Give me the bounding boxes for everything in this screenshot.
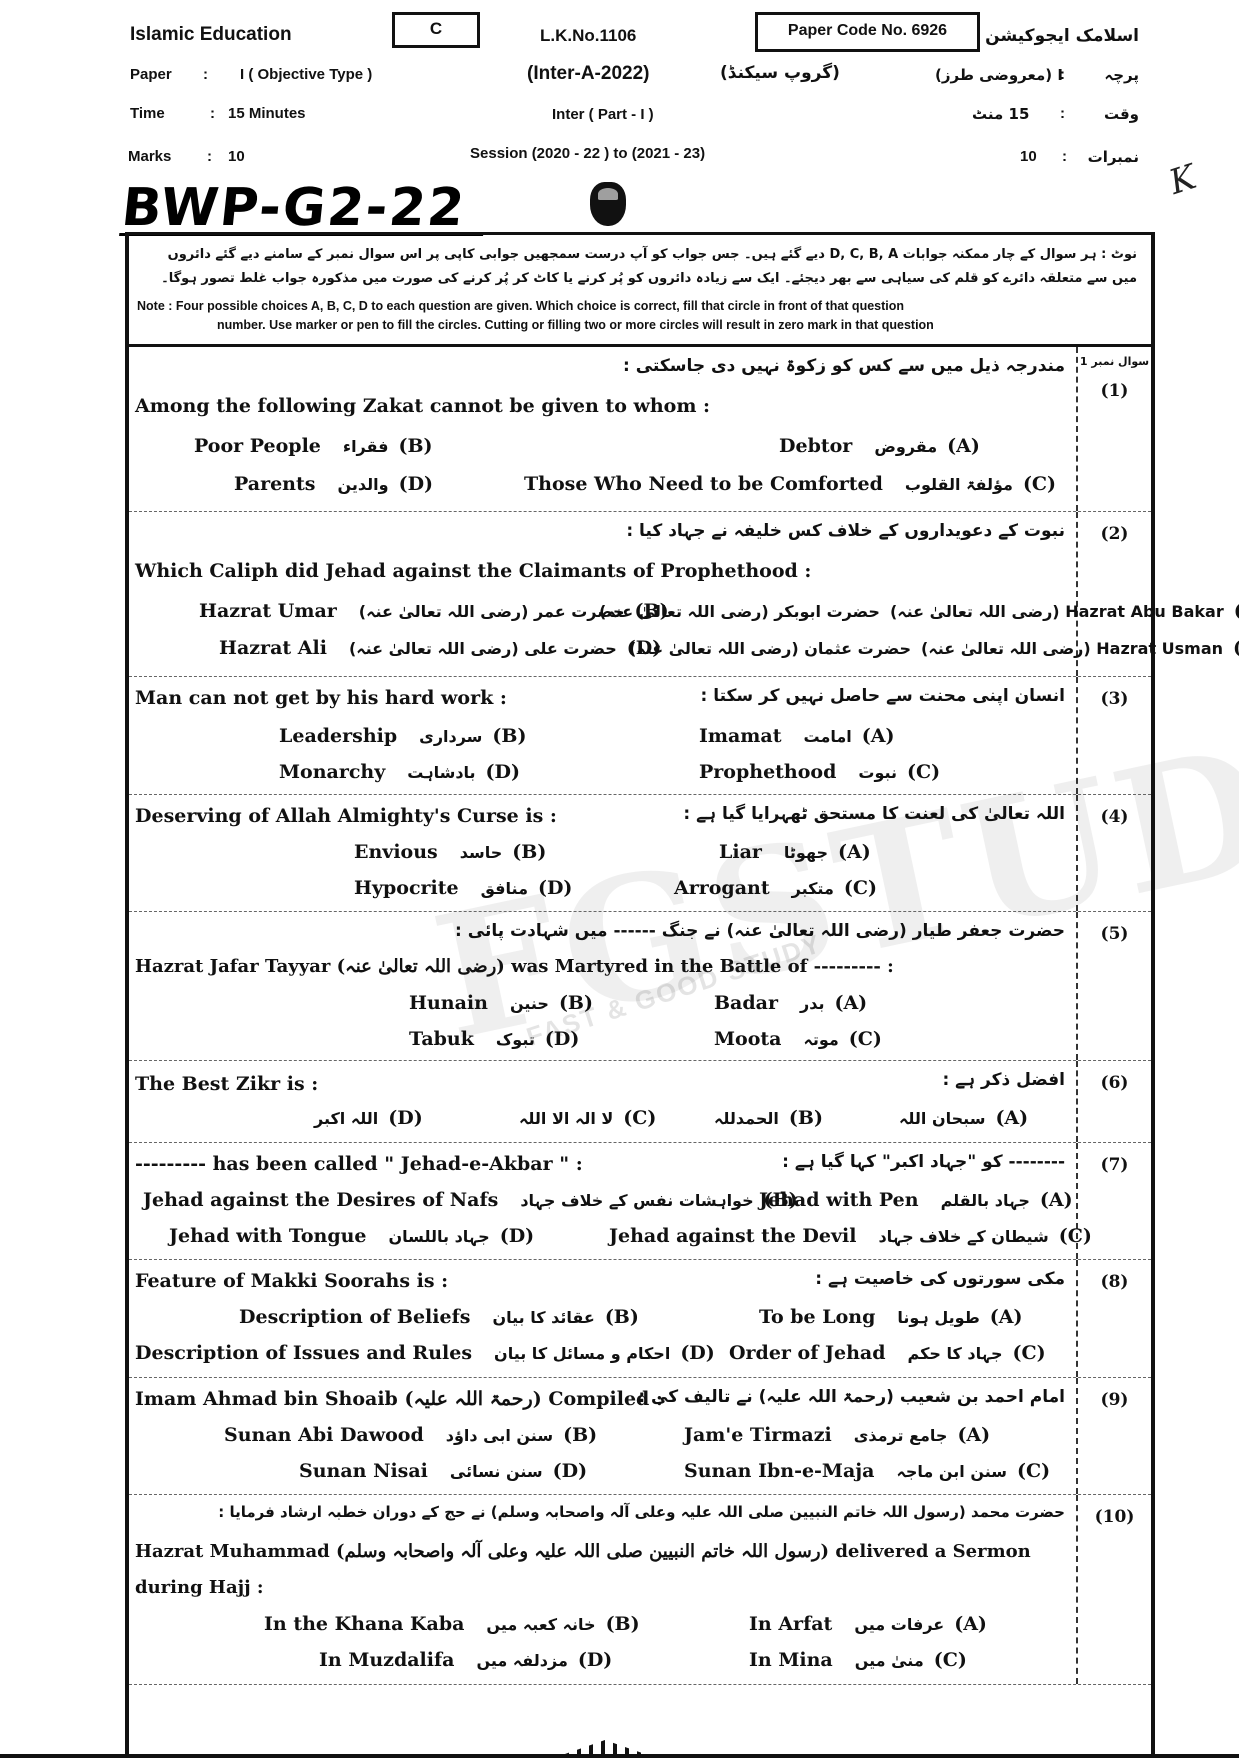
session: Session (2020 - 22 ) to (2021 - 23) [470, 145, 705, 162]
option-d: Hypocriteمنافق(D) [354, 877, 572, 899]
marks-value-urdu: 10 [1020, 148, 1037, 165]
option-d: Tabukتبوک(D) [409, 1028, 579, 1050]
note-english-line-1: Note : Four possible choices A, B, C, D … [137, 299, 904, 313]
question-1: سوال نمبر 1(1) مندرجہ ذیل میں سے کس کو ز… [129, 347, 1151, 512]
option-d: Description of Issues and Rulesاحکام و م… [135, 1342, 715, 1364]
question-english: Among the following Zakat cannot be give… [135, 395, 710, 417]
option-b: Enviousحاسد(B) [354, 841, 546, 863]
option-d: Sunan Nisaiسنن نسائی(D) [299, 1460, 587, 1482]
option-c: Prophethoodنبوت(C) [699, 761, 940, 783]
subject-title-urdu: اسلامک ایجوکیشن [985, 26, 1139, 46]
question-urdu: نبوت کے دعویداروں کے خلاف کس خلیفہ نے جہ… [626, 520, 1065, 541]
group-urdu: (گروپ سیکنڈ) [720, 63, 840, 83]
exam-name: (Inter-A-2022) [527, 63, 649, 85]
question-urdu: حضرت محمد (رسول اللہ خاتم النبیین صلی ال… [218, 1503, 1065, 1521]
option-b: Jehad against the Desires of Nafsخواہشات… [143, 1189, 798, 1211]
question-english-continued: during Hajj : [135, 1577, 264, 1598]
question-number: (10) [1076, 1495, 1151, 1684]
option-a: سبحان اللہ(A) [899, 1107, 1028, 1129]
option-b: Sunan Abi Dawoodسنن ابی داؤد(B) [224, 1424, 597, 1446]
question-number: (8) [1076, 1260, 1151, 1377]
paper-code: Paper Code No. 6926 [788, 22, 947, 39]
option-d: اللہ اکبر(D) [314, 1107, 423, 1129]
handwritten-board-code: BWP-G2-22 [119, 178, 469, 238]
question-number: (9) [1076, 1378, 1151, 1494]
question-9: (9) امام احمد بن شعیب (رحمۃ اللہ علیہ) ن… [129, 1378, 1151, 1495]
page-bottom-border [0, 1754, 1239, 1758]
question-8: (8) مکی سورتوں کی خاصیت ہے : Feature of … [129, 1260, 1151, 1378]
question-urdu: امام احمد بن شعیب (رحمۃ اللہ علیہ) نے تا… [638, 1386, 1065, 1407]
marks-colon: : [207, 148, 212, 165]
option-c: Order of Jehadجہاد کا حکم(C) [729, 1342, 1046, 1364]
question-urdu: -------- کو "جہاد اکبر" کہا گیا ہے : [782, 1151, 1065, 1172]
lk-number: L.K.No.1106 [540, 26, 636, 46]
question-english: Man can not get by his hard work : [135, 687, 507, 709]
question-urdu: انسان اپنی محنت سے حاصل نہیں کر سکتا : [701, 685, 1066, 706]
option-a: Hazrat Abu Bakar (رضی اللہ تعالیٰ عنہ)حض… [599, 600, 1239, 622]
marks-label-urdu: نمبرات [1088, 148, 1139, 166]
option-a: Debtorمقروض(A) [779, 435, 980, 457]
code-letter: C [430, 19, 442, 38]
option-a: Liarجھوٹا(A) [719, 841, 871, 863]
question-section-label: سوال نمبر 1 [1078, 355, 1151, 368]
question-urdu: اللہ تعالیٰ کی لعنت کا مستحق ٹھہرایا گیا… [683, 803, 1065, 824]
code-letter-box: C [392, 12, 480, 48]
question-10: (10) حضرت محمد (رسول اللہ خاتم النبیین ص… [129, 1495, 1151, 1685]
question-english: Hazrat Jafar Tayyar (رضی اللہ تعالیٰ عنہ… [135, 956, 894, 977]
note-urdu: نوٹ : ہر سوال کے چار ممکنہ جوابات D, C, … [147, 243, 1137, 291]
question-urdu: مندرجہ ذیل میں سے کس کو زکوۃ نہیں دی جاس… [623, 355, 1065, 376]
paper-label-urdu: پرچہ [1104, 66, 1139, 84]
question-urdu: مکی سورتوں کی خاصیت ہے : [815, 1268, 1065, 1289]
time-value: 15 Minutes [228, 105, 306, 122]
option-b: Hunainحنین(B) [409, 992, 593, 1014]
question-urdu: حضرت جعفر طیار (رضی اللہ تعالیٰ عنہ) نے … [455, 920, 1065, 941]
question-2: (2) نبوت کے دعویداروں کے خلاف کس خلیفہ ن… [129, 512, 1151, 677]
question-english: Feature of Makki Soorahs is : [135, 1270, 448, 1292]
time-value-urdu: 15 منٹ [972, 105, 1029, 123]
question-7: (7) -------- کو "جہاد اکبر" کہا گیا ہے :… [129, 1143, 1151, 1260]
option-d: Monarchyبادشاہت(D) [279, 761, 520, 783]
question-english: --------- has been called " Jehad-e-Akba… [135, 1153, 583, 1175]
option-a: In Arfatعرفات میں(A) [749, 1613, 987, 1635]
note-english: Note : Four possible choices A, B, C, D … [137, 297, 1147, 335]
option-c: Arrogantمتکبر(C) [674, 877, 877, 899]
board-emblem-icon [590, 182, 626, 226]
question-sheet: نوٹ : ہر سوال کے چار ممکنہ جوابات D, C, … [125, 232, 1155, 1758]
option-a: Jam'e Tirmaziجامع ترمذی(A) [684, 1424, 990, 1446]
option-c: Mootaموتہ(C) [714, 1028, 882, 1050]
handwritten-initials: K [1164, 157, 1201, 203]
option-c: In Minaمنیٰ میں(C) [749, 1649, 967, 1671]
question-number: (3) [1076, 677, 1151, 794]
option-b: In the Khana Kabaخانہ کعبہ میں(B) [264, 1613, 640, 1635]
option-c: Sunan Ibn-e-Majaسنن ابن ماجہ(C) [684, 1460, 1050, 1482]
exam-part: Inter ( Part - I ) [552, 106, 654, 123]
instructions-note: نوٹ : ہر سوال کے چار ممکنہ جوابات D, C, … [129, 235, 1151, 347]
option-a: Badarبدر(A) [714, 992, 867, 1014]
question-english: Hazrat Muhammad (رسول اللہ خاتم النبیین … [135, 1541, 1031, 1562]
question-urdu: افضل ذکر ہے : [942, 1069, 1065, 1090]
option-b: Poor Peopleفقراء(B) [194, 435, 433, 457]
question-number: سوال نمبر 1(1) [1076, 347, 1151, 511]
question-3: (3) انسان اپنی محنت سے حاصل نہیں کر سکتا… [129, 677, 1151, 795]
option-b: Description of Beliefsعقائد کا بیان(B) [239, 1306, 639, 1328]
option-b: الحمدللہ(B) [714, 1107, 823, 1129]
option-d: Hazrat Aliحضرت علی (رضی اللہ تعالیٰ عنہ)… [219, 637, 661, 659]
option-c: Those Who Need to be Comfortedمؤلفۃ القل… [524, 473, 1056, 495]
subject-title: Islamic Education [130, 24, 292, 46]
paper-label: Paper [130, 66, 172, 83]
time-label: Time [130, 105, 165, 122]
question-number: (4) [1076, 795, 1151, 911]
option-d: Jehad with Tongueجہاد باللسان(D) [169, 1225, 534, 1247]
option-a: Jehad with Penجہاد بالقلم(A) [759, 1189, 1073, 1211]
question-5: (5) حضرت جعفر طیار (رضی اللہ تعالیٰ عنہ)… [129, 912, 1151, 1061]
option-b: Leadershipسرداری(B) [279, 725, 526, 747]
marks-label: Marks [128, 148, 171, 165]
question-english: Imam Ahmad bin Shoaib (رحمۃ اللہ علیہ) C… [135, 1388, 663, 1410]
paper-value: I ( Objective Type ) [240, 66, 372, 83]
paper-value-urdu: I (معروضی طرز) [935, 66, 1063, 84]
question-6: (6) افضل ذکر ہے : The Best Zikr is : سبح… [129, 1061, 1151, 1143]
option-d: In Muzdalifaمزدلفہ میں(D) [319, 1649, 612, 1671]
question-english: The Best Zikr is : [135, 1073, 318, 1095]
question-number: (6) [1076, 1061, 1151, 1142]
time-label-urdu: وقت [1104, 105, 1139, 123]
time-colon: : [210, 105, 215, 122]
question-number: (5) [1076, 912, 1151, 1060]
option-a: To be Longطویل ہونا(A) [759, 1306, 1023, 1328]
question-4: (4) اللہ تعالیٰ کی لعنت کا مستحق ٹھہرایا… [129, 795, 1151, 912]
paper-colon: : [203, 66, 208, 83]
paper-code-box: Paper Code No. 6926 [755, 12, 980, 52]
marks-colon-urdu: : [1062, 148, 1067, 165]
option-c: Hazrat Usman (رضی اللہ تعالیٰ عنہ)حضرت ع… [629, 637, 1239, 659]
option-c: Jehad against the Devilشیطان کے خلاف جہا… [609, 1225, 1092, 1247]
time-colon-urdu: : [1060, 105, 1065, 122]
marks-value: 10 [228, 148, 245, 165]
option-a: Imamatامامت(A) [699, 725, 894, 747]
question-english: Which Caliph did Jehad against the Claim… [135, 560, 811, 582]
option-d: Parentsوالدین(D) [234, 473, 433, 495]
paper-colon-urdu: : [1060, 66, 1065, 83]
option-c: لا الہ الا اللہ(C) [519, 1107, 656, 1129]
question-english: Deserving of Allah Almighty's Curse is : [135, 805, 557, 827]
note-english-line-2: number. Use marker or pen to fill the ci… [137, 316, 1147, 335]
